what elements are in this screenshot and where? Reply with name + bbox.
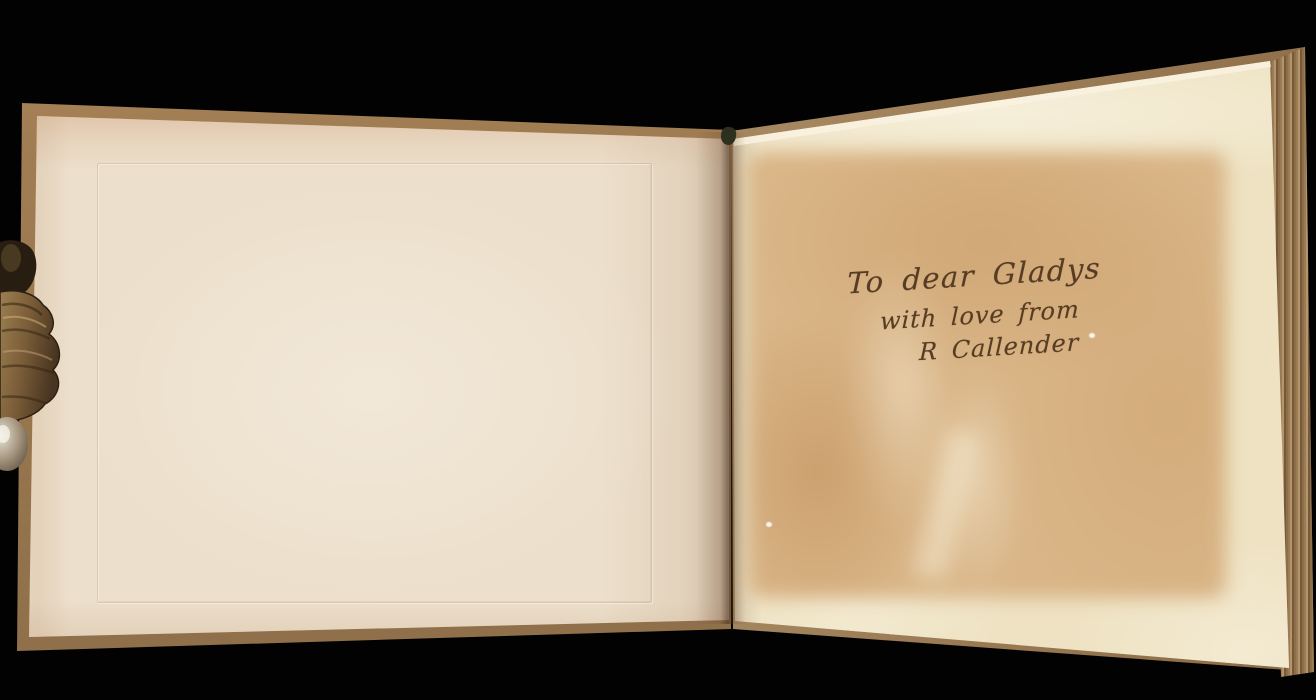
book-gutter-shadow <box>696 132 760 624</box>
embossed-border-frame <box>97 163 652 603</box>
paper-speck <box>766 522 772 527</box>
brass-clasp-icon <box>0 234 70 476</box>
foxing-stain <box>748 152 1226 598</box>
book-photo: To dear Gladys with love from R Callende… <box>0 0 1316 700</box>
handwritten-inscription: To dear Gladys with love from R Callende… <box>845 251 1127 370</box>
clasp-lower-stud <box>0 417 28 471</box>
clasp-body <box>0 291 59 423</box>
